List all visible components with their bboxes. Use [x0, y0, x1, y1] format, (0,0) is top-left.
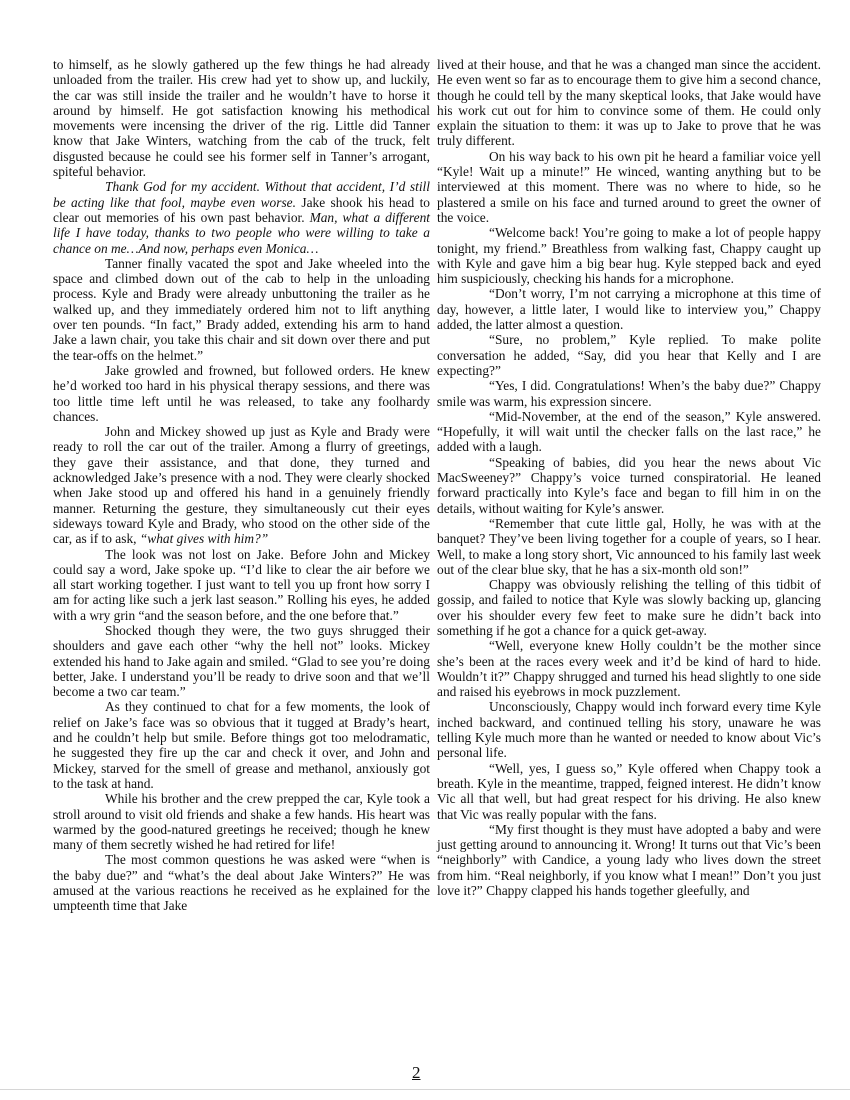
paragraph: “Mid-November, at the end of the season,… — [437, 409, 821, 455]
paragraph: “Remember that cute little gal, Holly, h… — [437, 516, 821, 577]
page-number: 2 — [412, 1063, 421, 1083]
paragraph: The most common questions he was asked w… — [53, 852, 430, 913]
text-run: “Mid-November, at the end of the season,… — [437, 409, 821, 455]
paragraph: The look was not lost on Jake. Before Jo… — [53, 547, 430, 623]
paragraph: “Yes, I did. Congratulations! When’s the… — [437, 378, 821, 409]
text-run: As they continued to chat for a few mome… — [53, 699, 430, 790]
text-run: Shocked though they were, the two guys s… — [53, 623, 430, 699]
bottom-rule — [0, 1089, 850, 1090]
paragraph: Jake growled and frowned, but followed o… — [53, 363, 430, 424]
paragraph: to himself, as he slowly gathered up the… — [53, 57, 430, 179]
paragraph: “Sure, no problem,” Kyle replied. To mak… — [437, 332, 821, 378]
paragraph: “Well, yes, I guess so,” Kyle offered wh… — [437, 761, 821, 822]
text-run: “Well, everyone knew Holly couldn’t be t… — [437, 638, 821, 699]
paragraph: Tanner finally vacated the spot and Jake… — [53, 256, 430, 363]
right-column: lived at their house, and that he was a … — [437, 57, 821, 898]
paragraph: On his way back to his own pit he heard … — [437, 149, 821, 225]
text-run: “Well, yes, I guess so,” Kyle offered wh… — [437, 761, 821, 822]
paragraph: While his brother and the crew prepped t… — [53, 791, 430, 852]
left-column: to himself, as he slowly gathered up the… — [53, 57, 430, 914]
text-run: Jake growled and frowned, but followed o… — [53, 363, 430, 424]
document-page: to himself, as he slowly gathered up the… — [0, 0, 850, 1100]
text-run: The most common questions he was asked w… — [53, 852, 430, 913]
text-run: “Yes, I did. Congratulations! When’s the… — [437, 378, 821, 408]
paragraph: Thank God for my accident. Without that … — [53, 179, 430, 255]
text-run: Unconsciously, Chappy would inch forward… — [437, 699, 821, 760]
text-run: On his way back to his own pit he heard … — [437, 149, 821, 225]
text-run: Tanner finally vacated the spot and Jake… — [53, 256, 430, 363]
text-run: to himself, as he slowly gathered up the… — [53, 57, 430, 179]
paragraph: As they continued to chat for a few mome… — [53, 699, 430, 791]
text-run: “Sure, no problem,” Kyle replied. To mak… — [437, 332, 821, 378]
paragraph: lived at their house, and that he was a … — [437, 57, 821, 149]
text-run: “Remember that cute little gal, Holly, h… — [437, 516, 821, 577]
paragraph: Shocked though they were, the two guys s… — [53, 623, 430, 699]
text-run: “Welcome back! You’re going to make a lo… — [437, 225, 821, 286]
paragraph: “My first thought is they must have adop… — [437, 822, 821, 898]
text-run: lived at their house, and that he was a … — [437, 57, 821, 148]
paragraph: John and Mickey showed up just as Kyle a… — [53, 424, 430, 546]
text-run: “My first thought is they must have adop… — [437, 822, 821, 898]
text-run: John and Mickey showed up just as Kyle a… — [53, 424, 430, 546]
italic-text: “what gives with him?” — [140, 531, 268, 546]
text-run: The look was not lost on Jake. Before Jo… — [53, 547, 430, 623]
paragraph: “Don’t worry, I’m not carrying a microph… — [437, 286, 821, 332]
paragraph: “Welcome back! You’re going to make a lo… — [437, 225, 821, 286]
text-run: “Speaking of babies, did you hear the ne… — [437, 455, 821, 516]
paragraph: Unconsciously, Chappy would inch forward… — [437, 699, 821, 760]
text-run: “Don’t worry, I’m not carrying a microph… — [437, 286, 821, 332]
paragraph: “Well, everyone knew Holly couldn’t be t… — [437, 638, 821, 699]
paragraph: “Speaking of babies, did you hear the ne… — [437, 455, 821, 516]
paragraph: Chappy was obviously relishing the telli… — [437, 577, 821, 638]
text-run: While his brother and the crew prepped t… — [53, 791, 430, 852]
text-run: Chappy was obviously relishing the telli… — [437, 577, 821, 638]
